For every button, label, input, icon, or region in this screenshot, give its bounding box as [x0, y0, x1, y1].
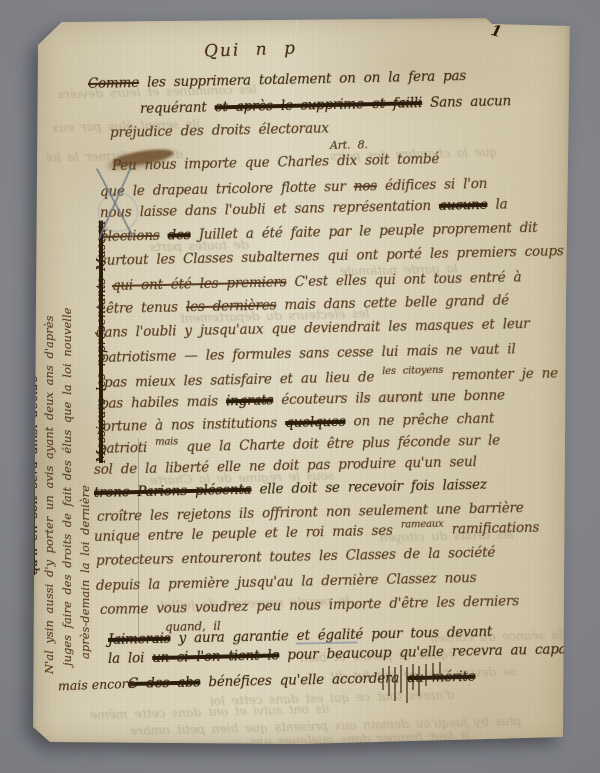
- struck-text: qu'il en soit sera ainsi décidé: [25, 375, 40, 575]
- handwritten-text: mais: [155, 436, 178, 447]
- margin-note-line: Messieurs les représentants Museau: [93, 221, 108, 463]
- handwritten-text: Art. 8.: [330, 138, 368, 152]
- struck-text: un si l'on tient le: [152, 647, 279, 666]
- ink-drip: [412, 664, 414, 690]
- struck-text: nos: [354, 178, 377, 194]
- handwritten-text: N'al ysin aussi d'y porter un avis ayant…: [42, 316, 56, 674]
- struck-text: aucune: [439, 197, 488, 214]
- ink-drip: [432, 663, 434, 679]
- blue-stamp-icon: [98, 192, 138, 232]
- bottom-margin-note: mais encore: [58, 676, 136, 694]
- handwritten-text: juges faire des droits de fait des élus …: [60, 308, 74, 666]
- handwritten-text: rameaux: [401, 519, 444, 531]
- ink-drip: [388, 666, 390, 696]
- manuscript-page: les communes et leurs devoirsils seront …: [0, 0, 600, 773]
- struck-text: C des abs: [128, 674, 201, 692]
- struck-text: quelques: [285, 414, 346, 431]
- margin-note-line: juges faire des droits de fait des élus …: [60, 308, 74, 666]
- handwritten-text: pas habiles mais: [100, 393, 226, 412]
- margin-note-line: qu'il en soit sera ainsi décidé: [25, 375, 40, 575]
- struck-text: des: [167, 227, 190, 243]
- ink-drip: [406, 667, 408, 703]
- struck-text: Messieurs les représentants Museau: [93, 221, 108, 463]
- handwritten-text: édifices si l'on: [377, 176, 488, 194]
- ink-drip: [439, 662, 441, 674]
- margin-note-line: N'al ysin aussi d'y porter un avis ayant…: [42, 316, 56, 674]
- ink-drip: [400, 665, 402, 693]
- ink-drip: [425, 664, 427, 686]
- struck-text: Jaimerais: [108, 631, 171, 648]
- handwritten-text: requérant: [140, 99, 215, 117]
- photo-backdrop: les communes et leurs devoirsils seront …: [0, 0, 600, 773]
- struck-text: ingrats: [226, 392, 273, 409]
- margin-note-line: après-demain la loi dernière: [78, 485, 92, 659]
- manuscript-line: Art. 8.: [330, 139, 368, 151]
- handwritten-text: on ne prêche chant: [345, 411, 494, 430]
- ink-drip: [382, 668, 384, 690]
- struck-text: Comme: [88, 75, 139, 92]
- handwritten-text: être tenus: [106, 299, 186, 317]
- header-note: Qui n p: [204, 38, 298, 61]
- handwritten-text: après-demain la loi dernière: [78, 485, 92, 659]
- paper-shadow: les communes et leurs devoirsils seront …: [0, 0, 600, 773]
- handwritten-text: la: [487, 196, 507, 212]
- handwritten-text: les citoyens: [382, 365, 443, 377]
- ink-drip: [418, 666, 420, 696]
- handwritten-text: ramifications: [443, 520, 539, 538]
- struck-text: les dernières: [186, 297, 277, 315]
- ink-drip: [394, 667, 396, 701]
- handwritten-text: Sans aucun: [422, 93, 511, 111]
- struck-text: tronc Parions plésenta: [94, 482, 252, 501]
- handwritten-text: remonter je ne dis: [443, 365, 585, 384]
- handwritten-text: la loi: [108, 650, 153, 667]
